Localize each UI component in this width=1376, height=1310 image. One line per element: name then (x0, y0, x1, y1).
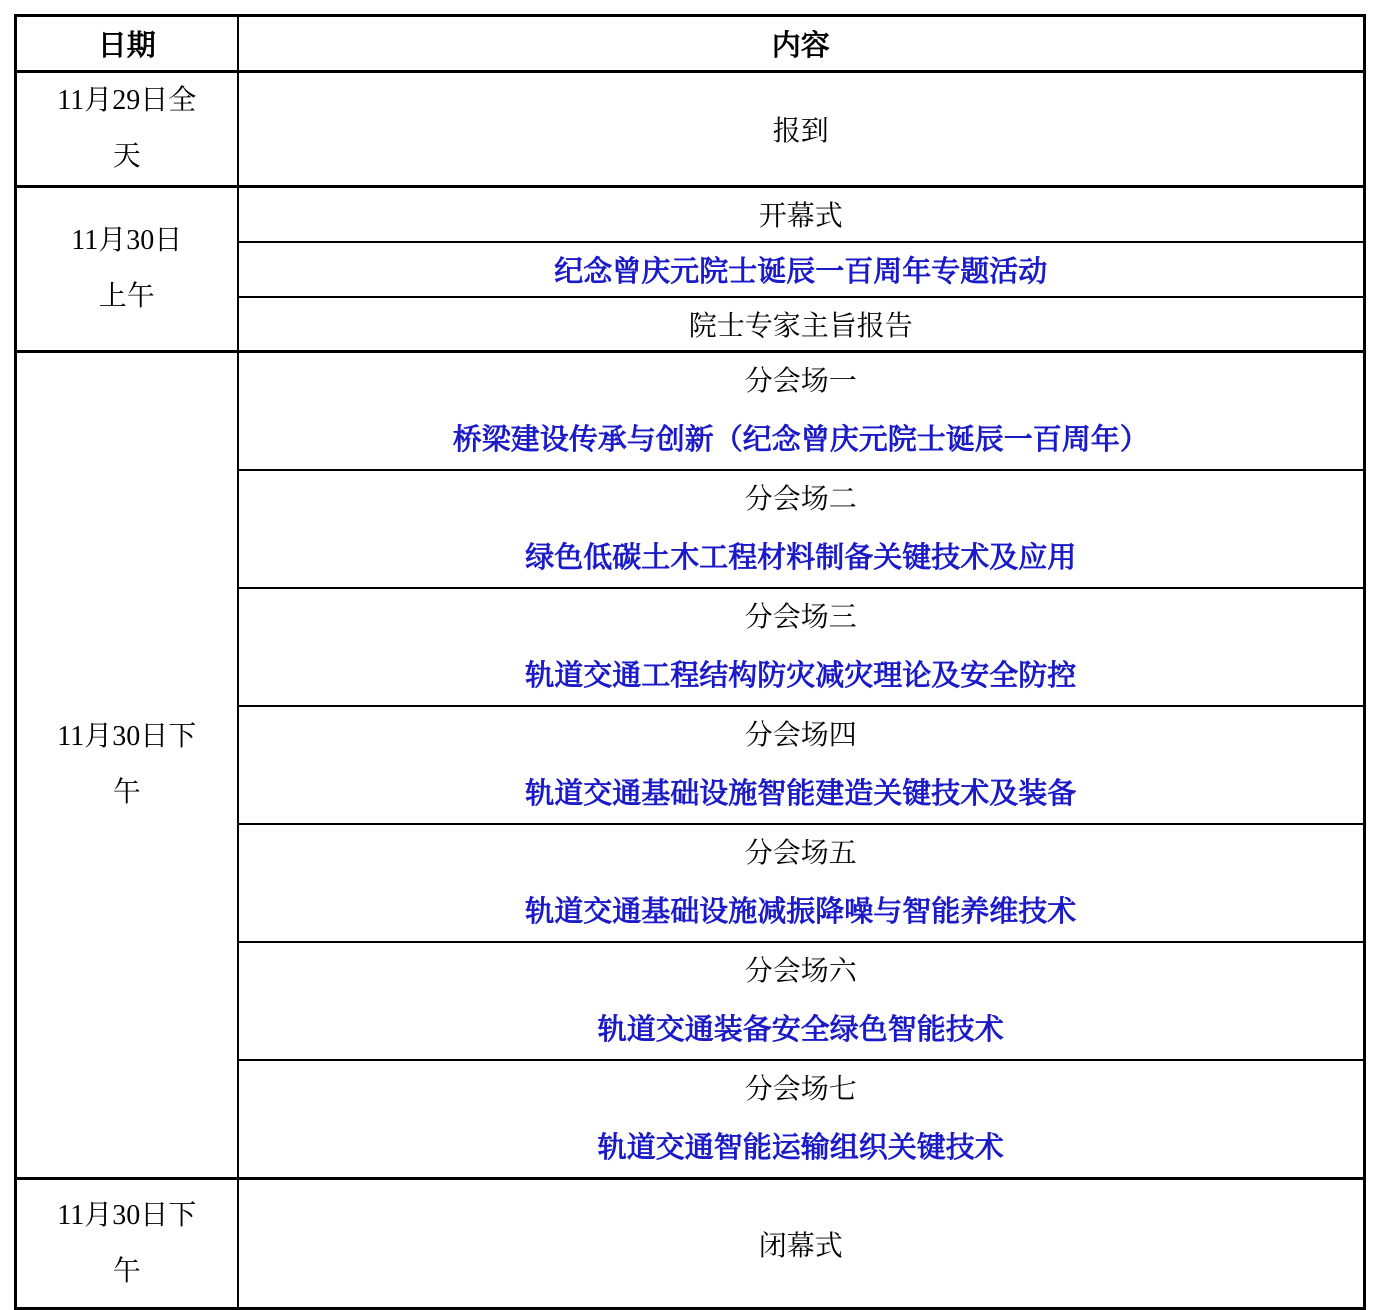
session-topic: 轨道交通基础设施智能建造关键技术及装备 (239, 765, 1364, 823)
content-cell-centennial-event: 纪念曾庆元院士诞辰一百周年专题活动 (238, 242, 1365, 297)
session-topic: 轨道交通工程结构防灾减灾理论及安全防控 (239, 647, 1364, 705)
header-content-cell: 内容 (238, 16, 1365, 72)
date-line-2: 午 (17, 1244, 237, 1300)
date-line-1: 11月29日全 (17, 73, 237, 129)
content-cell-session-2: 分会场二 绿色低碳土木工程材料制备关键技术及应用 (238, 470, 1365, 588)
session-title: 分会场七 (239, 1061, 1364, 1119)
date-cell-nov29: 11月29日全 天 (16, 72, 238, 187)
session-title: 分会场四 (239, 707, 1364, 765)
content-cell-keynote-reports: 院士专家主旨报告 (238, 297, 1365, 352)
row-session-1: 11月30日下 午 分会场一 桥梁建设传承与创新（纪念曾庆元院士诞辰一百周年） (16, 352, 1365, 471)
content-cell-session-6: 分会场六 轨道交通装备安全绿色智能技术 (238, 942, 1365, 1060)
session-title: 分会场六 (239, 943, 1364, 1001)
date-cell-nov30-morning: 11月30日 上午 (16, 187, 238, 352)
content-cell-opening-ceremony: 开幕式 (238, 187, 1365, 242)
row-closing-ceremony: 11月30日下 午 闭幕式 (16, 1179, 1365, 1309)
row-nov29: 11月29日全 天 报到 (16, 72, 1365, 187)
session-title: 分会场二 (239, 471, 1364, 529)
content-cell-session-5: 分会场五 轨道交通基础设施减振降噪与智能养维技术 (238, 824, 1365, 942)
session-topic: 绿色低碳土木工程材料制备关键技术及应用 (239, 529, 1364, 587)
date-line-2: 天 (17, 129, 237, 185)
header-row: 日期 内容 (16, 16, 1365, 72)
content-cell-session-4: 分会场四 轨道交通基础设施智能建造关键技术及装备 (238, 706, 1365, 824)
session-title: 分会场三 (239, 589, 1364, 647)
date-line-2: 午 (17, 765, 237, 821)
session-title: 分会场五 (239, 825, 1364, 883)
content-cell-session-7: 分会场七 轨道交通智能运输组织关键技术 (238, 1060, 1365, 1179)
content-cell-session-3: 分会场三 轨道交通工程结构防灾减灾理论及安全防控 (238, 588, 1365, 706)
content-cell-registration: 报到 (238, 72, 1365, 187)
schedule-table: 日期 内容 11月29日全 天 报到 11月30日 上午 开幕式 (14, 14, 1366, 1310)
session-title: 分会场一 (239, 353, 1364, 411)
date-line-1: 11月30日下 (17, 709, 237, 765)
date-cell-closing: 11月30日下 午 (16, 1179, 238, 1309)
session-topic: 轨道交通基础设施减振降噪与智能养维技术 (239, 883, 1364, 941)
date-line-1: 11月30日 (17, 213, 237, 269)
row-opening-ceremony: 11月30日 上午 开幕式 (16, 187, 1365, 242)
date-line-2: 上午 (17, 269, 237, 325)
session-topic: 轨道交通智能运输组织关键技术 (239, 1119, 1364, 1177)
date-line-1: 11月30日下 (17, 1188, 237, 1244)
document-page: 日期 内容 11月29日全 天 报到 11月30日 上午 开幕式 (0, 0, 1376, 1304)
content-cell-closing-ceremony: 闭幕式 (238, 1179, 1365, 1309)
date-cell-nov30-afternoon: 11月30日下 午 (16, 352, 238, 1179)
session-topic: 轨道交通装备安全绿色智能技术 (239, 1001, 1364, 1059)
content-cell-session-1: 分会场一 桥梁建设传承与创新（纪念曾庆元院士诞辰一百周年） (238, 352, 1365, 471)
session-topic: 桥梁建设传承与创新（纪念曾庆元院士诞辰一百周年） (239, 411, 1364, 469)
header-date-cell: 日期 (16, 16, 238, 72)
